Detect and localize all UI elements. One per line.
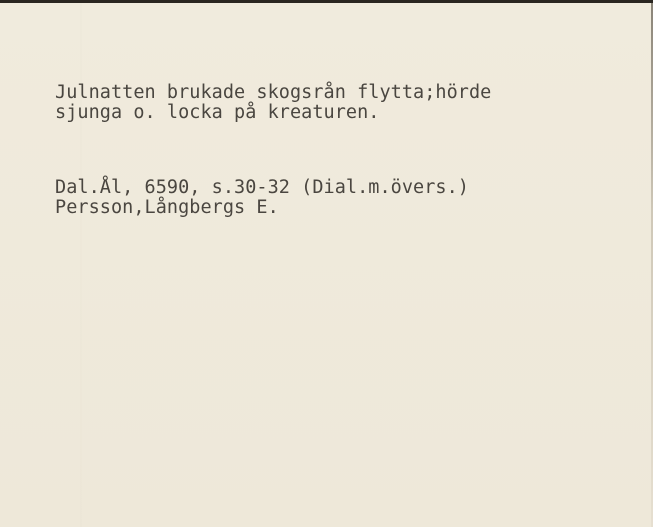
archive-index-card: Julnatten brukade skogsrån flytta;hörde … xyxy=(0,0,653,527)
source-reference-line: Dal.Ål, 6590, s.30-32 (Dial.m.övers.) xyxy=(55,178,469,198)
card-text-line-2: sjunga o. locka på kreaturen. xyxy=(55,103,379,123)
informant-name-line: Persson,Långbergs E. xyxy=(55,198,279,218)
card-text-line-1: Julnatten brukade skogsrån flytta;hörde xyxy=(55,83,491,103)
